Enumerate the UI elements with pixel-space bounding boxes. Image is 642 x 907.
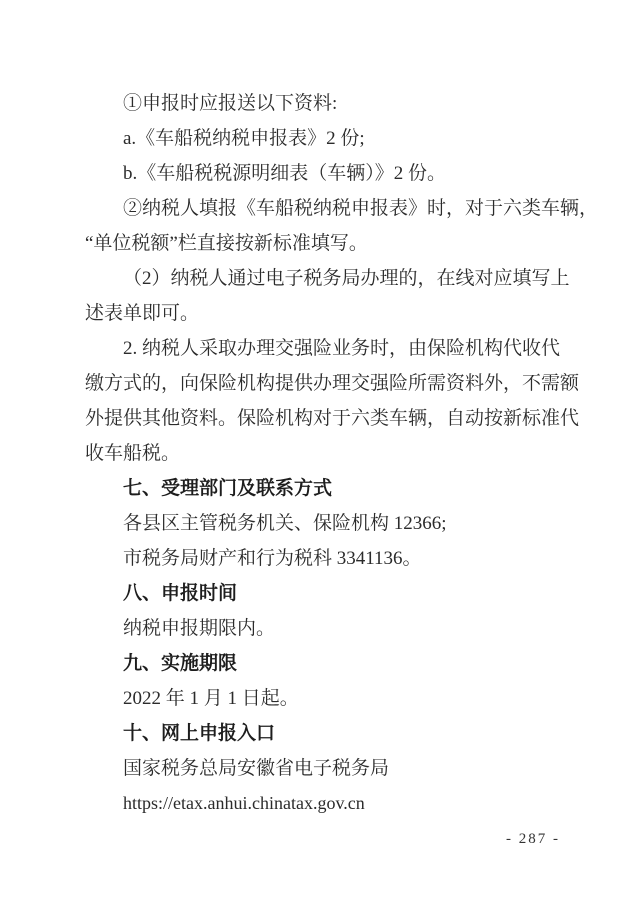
doc-line-portal-url: https://etax.anhui.chinatax.gov.cn bbox=[85, 786, 560, 821]
doc-line-clause2-part3: 外提供其他资料。保险机构对于六类车辆，自动按新标准代 bbox=[85, 401, 560, 436]
section-heading-8: 八、申报时间 bbox=[85, 576, 560, 611]
doc-line-effective-date: 2022 年 1 月 1 日起。 bbox=[85, 681, 560, 716]
doc-line-item2-part2: “单位税额”栏直接按新标准填写。 bbox=[85, 226, 560, 261]
doc-line-item-b: b.《车船税税源明细表（车辆）》2 份。 bbox=[85, 156, 560, 191]
doc-line-para2-part1: （2）纳税人通过电子税务局办理的，在线对应填写上 bbox=[85, 261, 560, 296]
section-heading-7: 七、受理部门及联系方式 bbox=[85, 471, 560, 506]
document-page: ①申报时应报送以下资料: a.《车船税纳税申报表》2 份; b.《车船税税源明细… bbox=[0, 0, 642, 907]
doc-line-contact-county: 各县区主管税务机关、保险机构 12366; bbox=[85, 506, 560, 541]
doc-line-clause2-part4: 收车船税。 bbox=[85, 436, 560, 471]
doc-line-item1-intro: ①申报时应报送以下资料: bbox=[85, 86, 560, 121]
page-number: - 287 - bbox=[506, 831, 560, 848]
doc-line-clause2-part2: 缴方式的，向保险机构提供办理交强险所需资料外，不需额 bbox=[85, 366, 560, 401]
doc-line-item-a: a.《车船税纳税申报表》2 份; bbox=[85, 121, 560, 156]
doc-line-item2-part1: ②纳税人填报《车船税纳税申报表》时，对于六类车辆， bbox=[85, 191, 560, 226]
section-heading-10: 十、网上申报入口 bbox=[85, 716, 560, 751]
doc-line-contact-city: 市税务局财产和行为税科 3341136。 bbox=[85, 541, 560, 576]
doc-line-portal-name: 国家税务总局安徽省电子税务局 bbox=[85, 751, 560, 786]
doc-line-para2-part2: 述表单即可。 bbox=[85, 296, 560, 331]
doc-line-clause2-part1: 2. 纳税人采取办理交强险业务时，由保险机构代收代 bbox=[85, 331, 560, 366]
document-body: ①申报时应报送以下资料: a.《车船税纳税申报表》2 份; b.《车船税税源明细… bbox=[85, 86, 560, 821]
doc-line-filing-time: 纳税申报期限内。 bbox=[85, 611, 560, 646]
section-heading-9: 九、实施期限 bbox=[85, 646, 560, 681]
